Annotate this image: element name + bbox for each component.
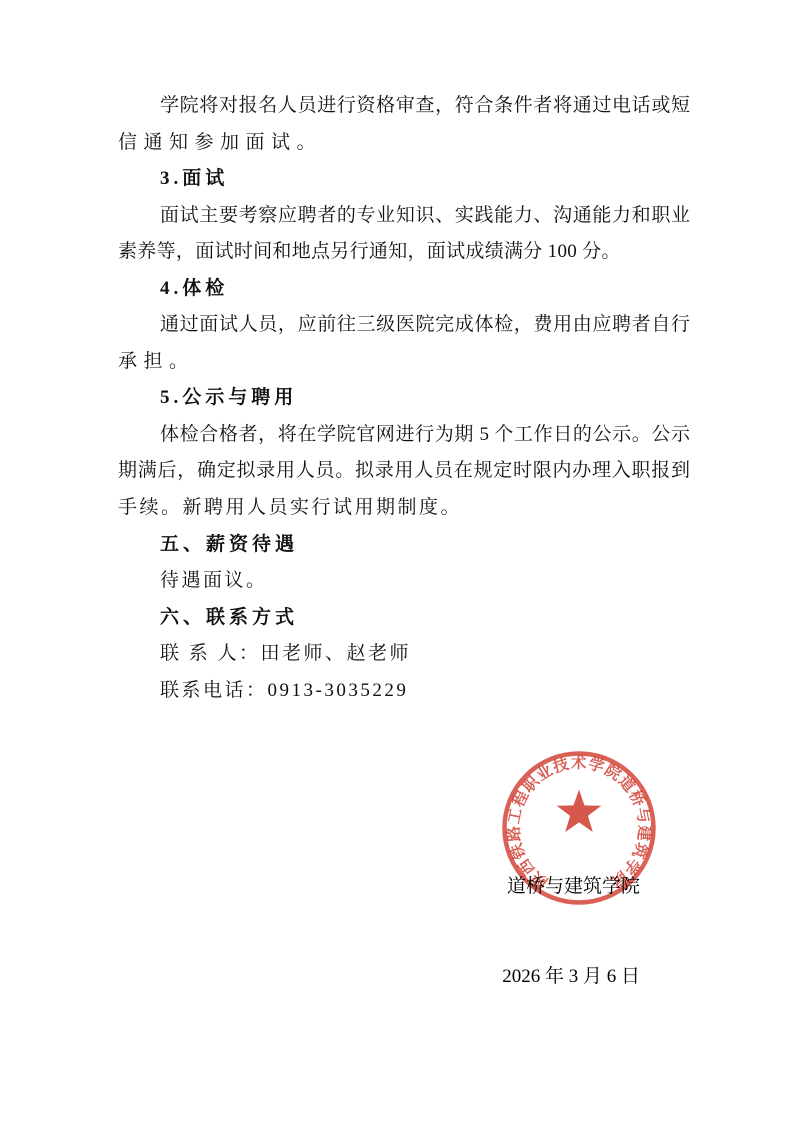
document-body: 学院将对报名人员进行资格审查，符合条件者将通过电话或短信通知参加面试。3.面试面…	[118, 88, 690, 709]
signature-name: 道桥与建筑学院	[502, 872, 640, 902]
text-line: 期满后，确定拟录用人员。拟录用人员在规定时限内办理入职报到	[118, 453, 690, 490]
text-line: 承担。	[118, 344, 690, 381]
text-line: 联 系 人：田老师、赵老师	[118, 636, 690, 673]
section-heading: 五、薪资待遇	[118, 527, 690, 564]
text-line: 联系电话：0913-3035229	[118, 673, 690, 710]
text-line: 手续。新聘用人员实行试用期制度。	[118, 490, 690, 527]
text-line: 面试主要考察应聘者的专业知识、实践能力、沟通能力和职业	[118, 198, 690, 235]
section-heading: 5.公示与聘用	[118, 380, 690, 417]
text-line: 体检合格者，将在学院官网进行为期 5 个工作日的公示。公示	[118, 417, 690, 454]
signature-block: 道桥与建筑学院 2026 年 3 月 6 日	[502, 812, 640, 1052]
text-line: 素养等，面试时间和地点另行通知，面试成绩满分 100 分。	[118, 234, 690, 271]
text-line: 通过面试人员，应前往三级医院完成体检，费用由应聘者自行	[118, 307, 690, 344]
section-heading: 3.面试	[118, 161, 690, 198]
text-line: 学院将对报名人员进行资格审查，符合条件者将通过电话或短	[118, 88, 690, 125]
signature-date: 2026 年 3 月 6 日	[502, 962, 640, 992]
text-line: 待遇面议。	[118, 563, 690, 600]
text-line: 信通知参加面试。	[118, 125, 690, 162]
section-heading: 4.体检	[118, 271, 690, 308]
document-page: 学院将对报名人员进行资格审查，符合条件者将通过电话或短信通知参加面试。3.面试面…	[0, 0, 799, 1131]
section-heading: 六、联系方式	[118, 600, 690, 637]
